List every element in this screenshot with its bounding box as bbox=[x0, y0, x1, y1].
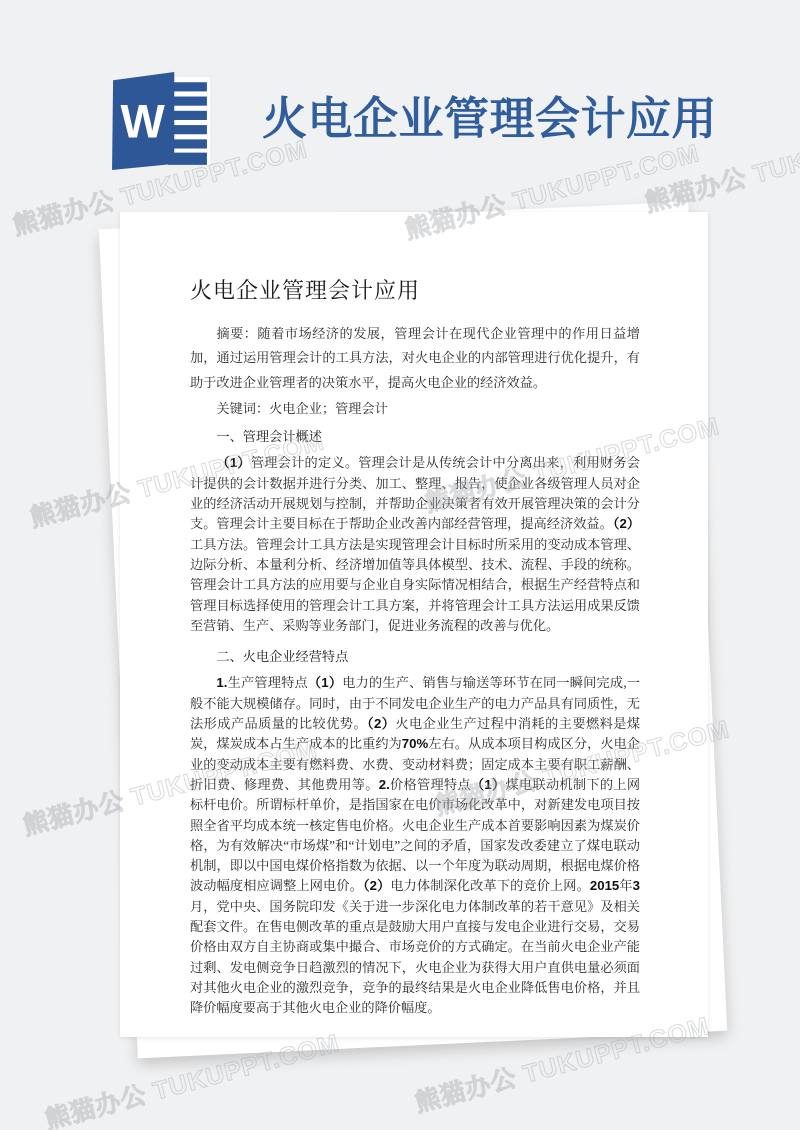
document-title: 火电企业管理会计应用 bbox=[190, 276, 640, 306]
bodytext-paragraph: 1.生产管理特点（1）电力的生产、销售与输送等环节在同一瞬间完成,一般不能大规模… bbox=[190, 673, 640, 1018]
header: W 火电企业管理会计应用 bbox=[0, 0, 800, 212]
keywords-paragraph: 关键词：火电企业；管理会计 bbox=[190, 397, 640, 421]
word-icon: W bbox=[102, 70, 218, 172]
preview-canvas: { "colors": { "background": "#f0f1f2", "… bbox=[0, 0, 800, 1130]
bodytext-paragraph: （1）管理会计的定义。管理会计是从传统会计中分离出来，利用财务会计提供的会计数据… bbox=[190, 453, 640, 636]
document-body: 摘要：随着市场经济的发展，管理会计在现代企业管理中的作用日益增加，通过运用管理会… bbox=[190, 322, 640, 1019]
section-heading: 二、火电企业经营特点 bbox=[190, 645, 640, 669]
section-heading: 一、管理会计概述 bbox=[190, 425, 640, 449]
header-title: 火电企业管理会计应用 bbox=[262, 97, 717, 142]
word-icon-letter: W bbox=[121, 95, 166, 147]
abstract-paragraph: 摘要：随着市场经济的发展，管理会计在现代企业管理中的作用日益增加，通过运用管理会… bbox=[190, 322, 640, 395]
document-page: 火电企业管理会计应用 摘要：随着市场经济的发展，管理会计在现代企业管理中的作用日… bbox=[120, 212, 708, 1037]
